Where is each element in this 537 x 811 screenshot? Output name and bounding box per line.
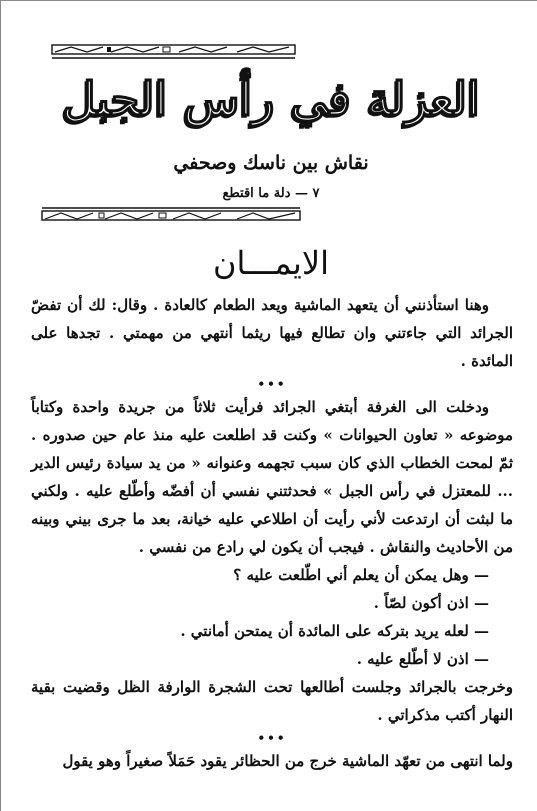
paragraph: وخرجت بالجرائد وجلست أطالعها تحت الشجرة … [31, 673, 513, 729]
dialogue-line: — اذن أكون لصّاً . [31, 589, 489, 617]
ornament-border-icon [41, 206, 301, 224]
dialogue-block: — وهل يمكن أن يعلم أني اطّلعت عليه ؟ — ا… [31, 561, 513, 673]
article-title: العزلة في رأس الجبل [41, 69, 501, 129]
section-heading: الايمـــان [151, 241, 391, 285]
ornament-border-icon [51, 43, 296, 61]
book-page: العزلة في رأس الجبل نقاش بين ناسك وصحفي … [0, 0, 537, 811]
dialogue-line: — اذن لا أطّلع عليه . [31, 645, 489, 673]
top-ornament [51, 43, 296, 61]
dialogue-line: — وهل يمكن أن يعلم أني اطّلعت عليه ؟ [31, 561, 489, 589]
bottom-ornament [41, 206, 301, 224]
section-separator: ••• [31, 729, 513, 747]
paragraph: وهنا استأذنني أن يتعهد الماشية ويعد الطع… [31, 291, 513, 375]
article-body: وهنا استأذنني أن يتعهد الماشية ويعد الطع… [31, 291, 513, 775]
paragraph: ودخلت الى الغرفة أبتغي الجرائد فرأيت ثلا… [31, 393, 513, 561]
paragraph: ولما انتهى من تعهّد الماشية خرج من الحظا… [31, 747, 513, 775]
article-subtitle: نقاش بين ناسك وصحفي [151, 151, 391, 175]
episode-label: ٧ — دلة ما اقتطع [151, 185, 391, 203]
dialogue-line: — لعله يريد بتركه على المائدة أن يمتحن أ… [31, 617, 489, 645]
section-separator: ••• [31, 375, 513, 393]
